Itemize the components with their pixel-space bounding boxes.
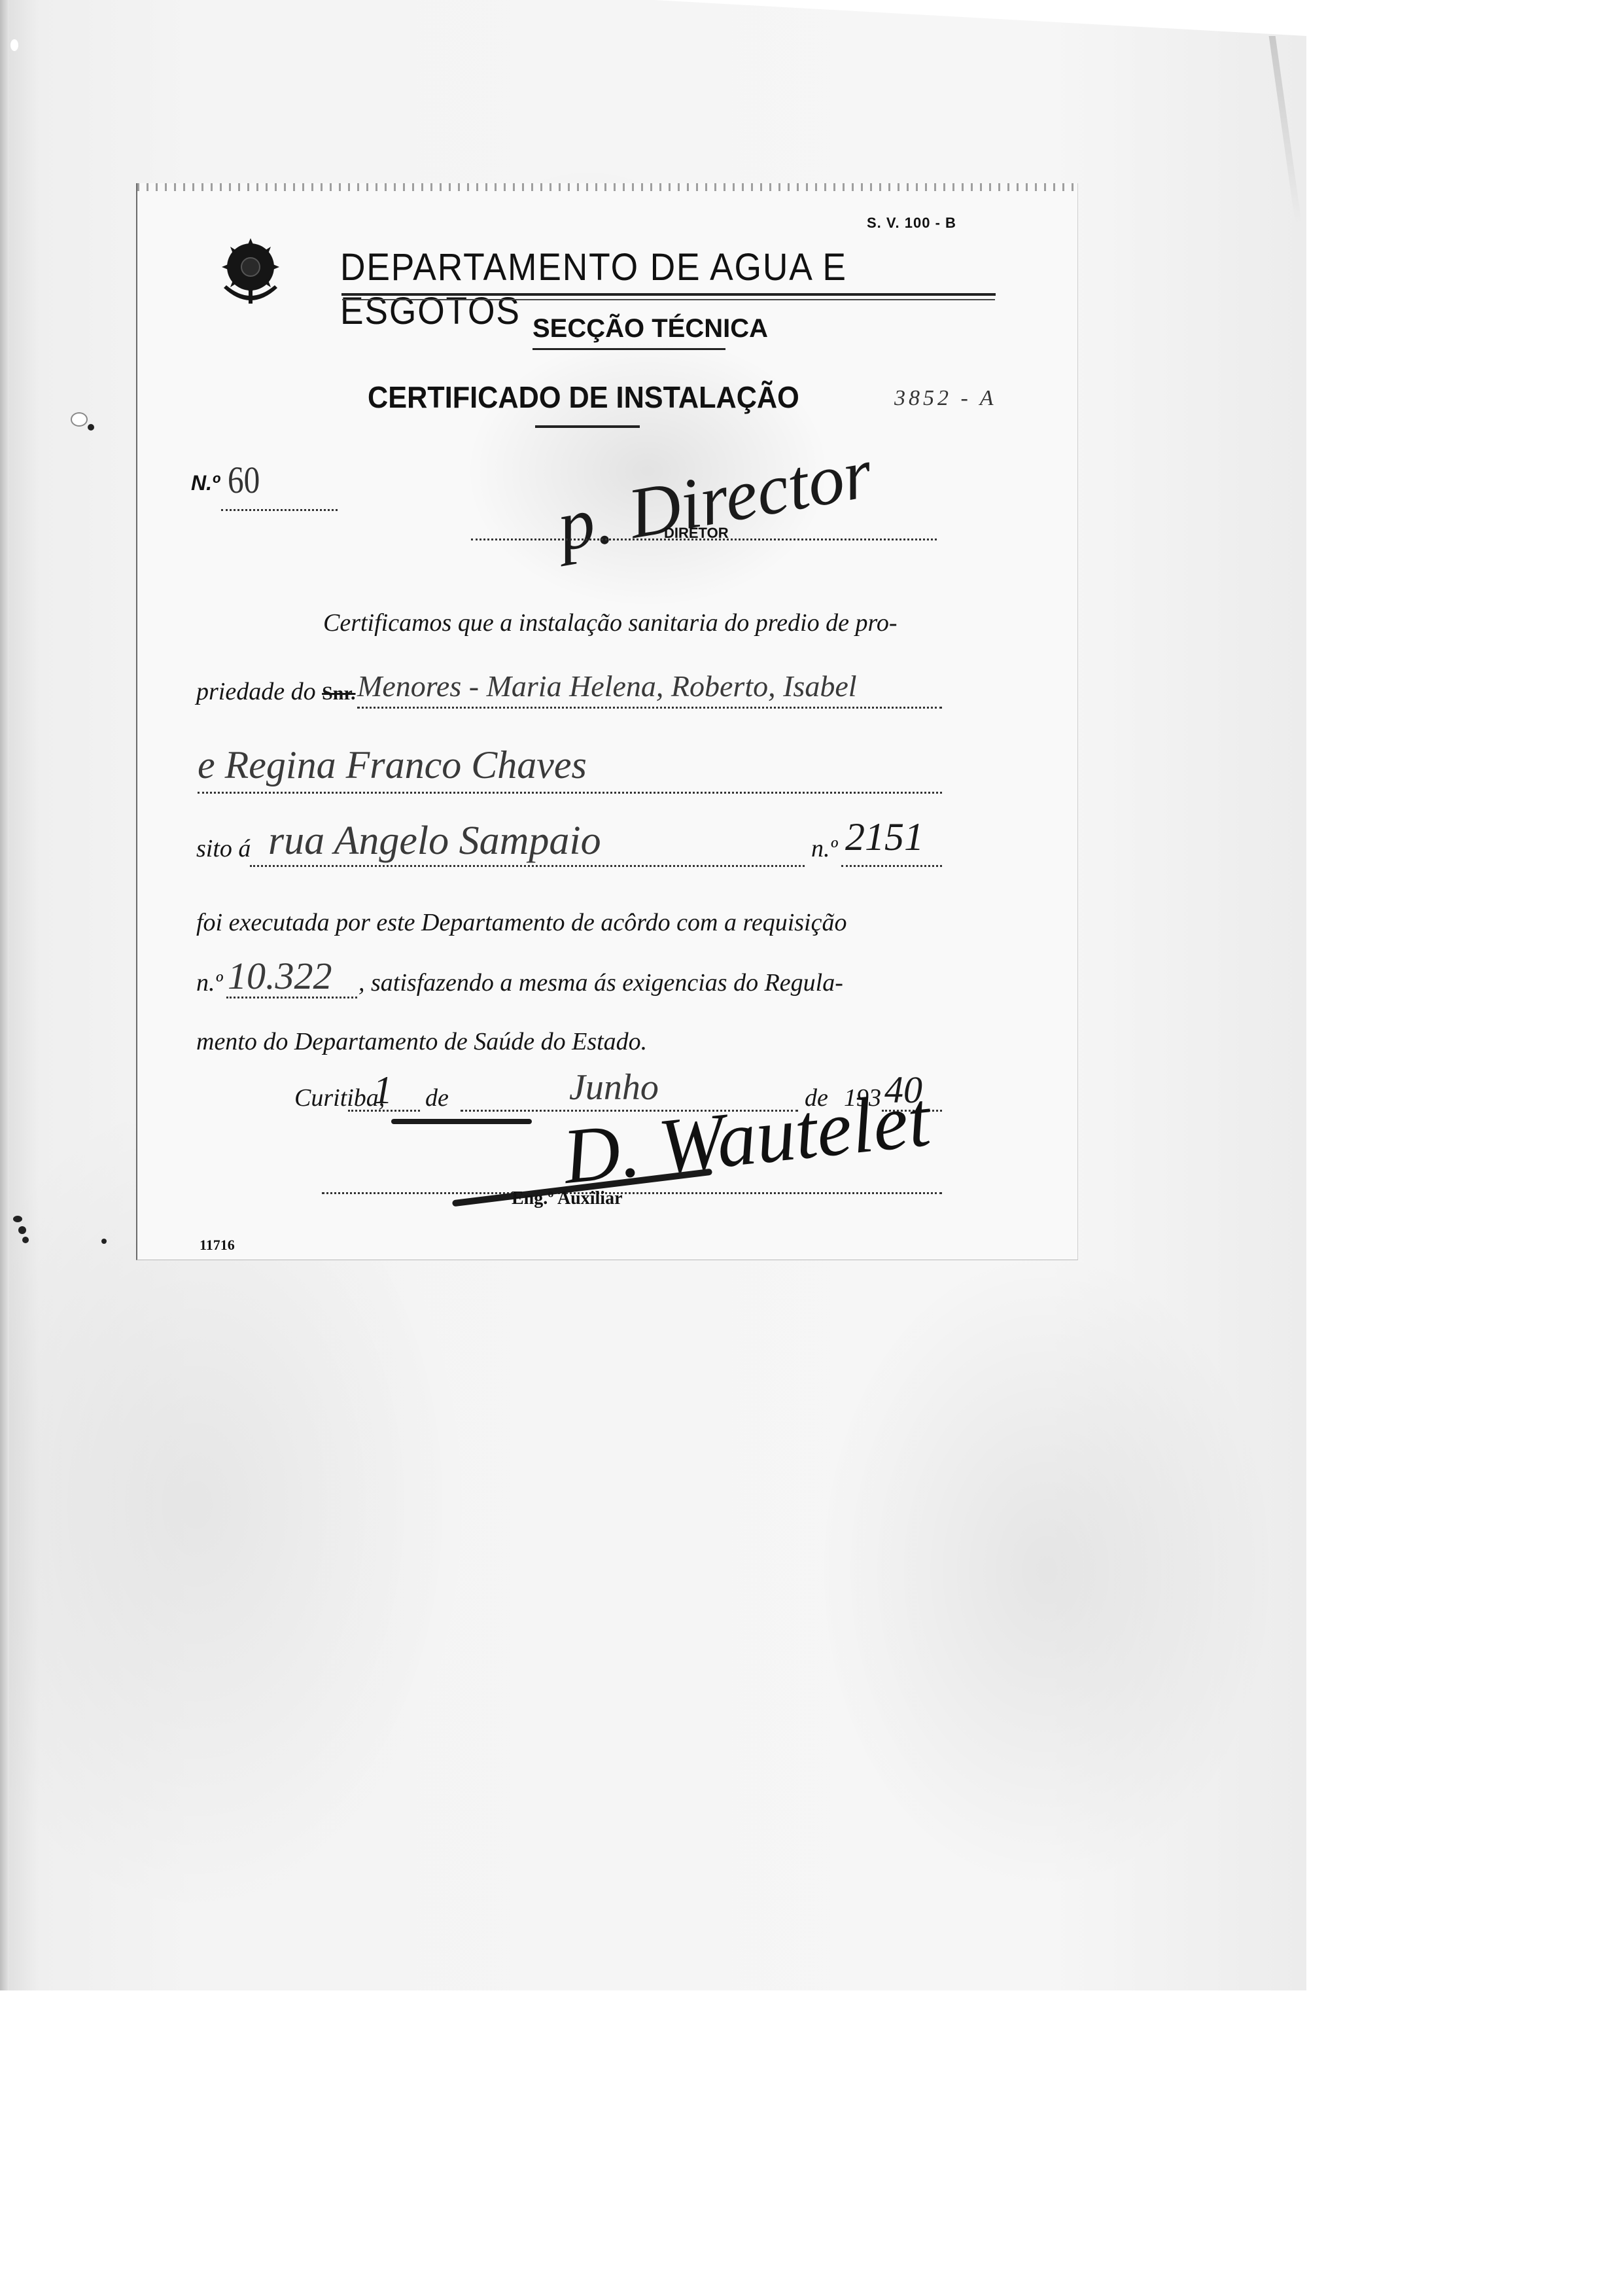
print-code: 11716	[200, 1237, 235, 1254]
section-underline	[532, 348, 725, 350]
owner-dotted-line-2	[198, 792, 942, 794]
owner-name-line-1: Menores - Maria Helena, Roberto, Isabel	[357, 669, 857, 703]
owner-name-line-2: e Regina Franco Chaves	[198, 743, 587, 788]
margin-mark	[71, 412, 88, 427]
address-number-dotted-line	[841, 865, 942, 867]
scanned-photo: S. V. 100 - B DEPARTAMENTO DE AGUA E ESG…	[0, 0, 1306, 1990]
requisition-dotted-line	[226, 997, 357, 998]
handwritten-reference: 3852 - A	[894, 386, 996, 411]
margin-mark	[101, 1239, 107, 1244]
body-line-6: mento do Departamento de Saúde do Estado…	[196, 1027, 647, 1056]
address-prefix: sito á	[196, 834, 251, 863]
address-number: 2151	[845, 815, 924, 860]
requisition-label: n.º	[196, 968, 222, 997]
signature-stroke	[391, 1119, 532, 1124]
date-de-1: de	[425, 1084, 449, 1112]
date-day: 1	[373, 1068, 393, 1113]
certificate-title-rule	[535, 425, 640, 428]
certificate-title: CERTIFICADO DE INSTALAÇÃO	[368, 380, 799, 415]
owner-dotted-line-1	[357, 707, 942, 709]
owner-prefix: priedade do	[196, 678, 316, 705]
requisition-number: 10.322	[228, 954, 332, 998]
punch-hole	[10, 39, 18, 51]
body-line-4: foi executada por este Departamento de a…	[196, 908, 846, 937]
title-underline	[341, 293, 996, 296]
body-line-5: , satisfazendo a mesma ás exigencias do …	[358, 968, 843, 997]
margin-mark	[13, 1216, 22, 1222]
form-code: S. V. 100 - B	[867, 215, 956, 232]
engineer-signature-line	[322, 1192, 942, 1194]
certificate-number: 60	[228, 458, 260, 502]
number-dotted-line	[221, 509, 338, 511]
number-label: N.º	[191, 471, 220, 495]
margin-mark	[88, 424, 94, 431]
day-dotted-line	[348, 1110, 420, 1112]
perforated-edge	[137, 183, 1077, 191]
installation-certificate: S. V. 100 - B DEPARTAMENTO DE AGUA E ESG…	[136, 183, 1078, 1260]
margin-mark	[18, 1226, 26, 1234]
body-line-1: Certificamos que a instalação sanitaria …	[323, 609, 897, 637]
body-line-2: priedade do Snr.	[196, 677, 356, 706]
engineer-label: Eng.º Auxiliar	[512, 1188, 623, 1209]
address-street: rua Angelo Sampaio	[268, 818, 601, 864]
margin-mark	[22, 1237, 29, 1243]
director-label: DIRETOR	[664, 525, 729, 542]
date-city: Curitiba,	[294, 1084, 385, 1112]
brazil-coat-of-arms-icon	[215, 236, 287, 308]
photo-left-edge	[0, 0, 9, 1990]
date-month: Junho	[569, 1067, 659, 1108]
address-number-label: n.º	[811, 834, 837, 863]
address-dotted-line	[250, 865, 805, 867]
photo-crease	[1269, 36, 1302, 226]
section-heading: SECÇÃO TÉCNICA	[532, 314, 768, 344]
struck-title: Snr.	[322, 682, 355, 704]
